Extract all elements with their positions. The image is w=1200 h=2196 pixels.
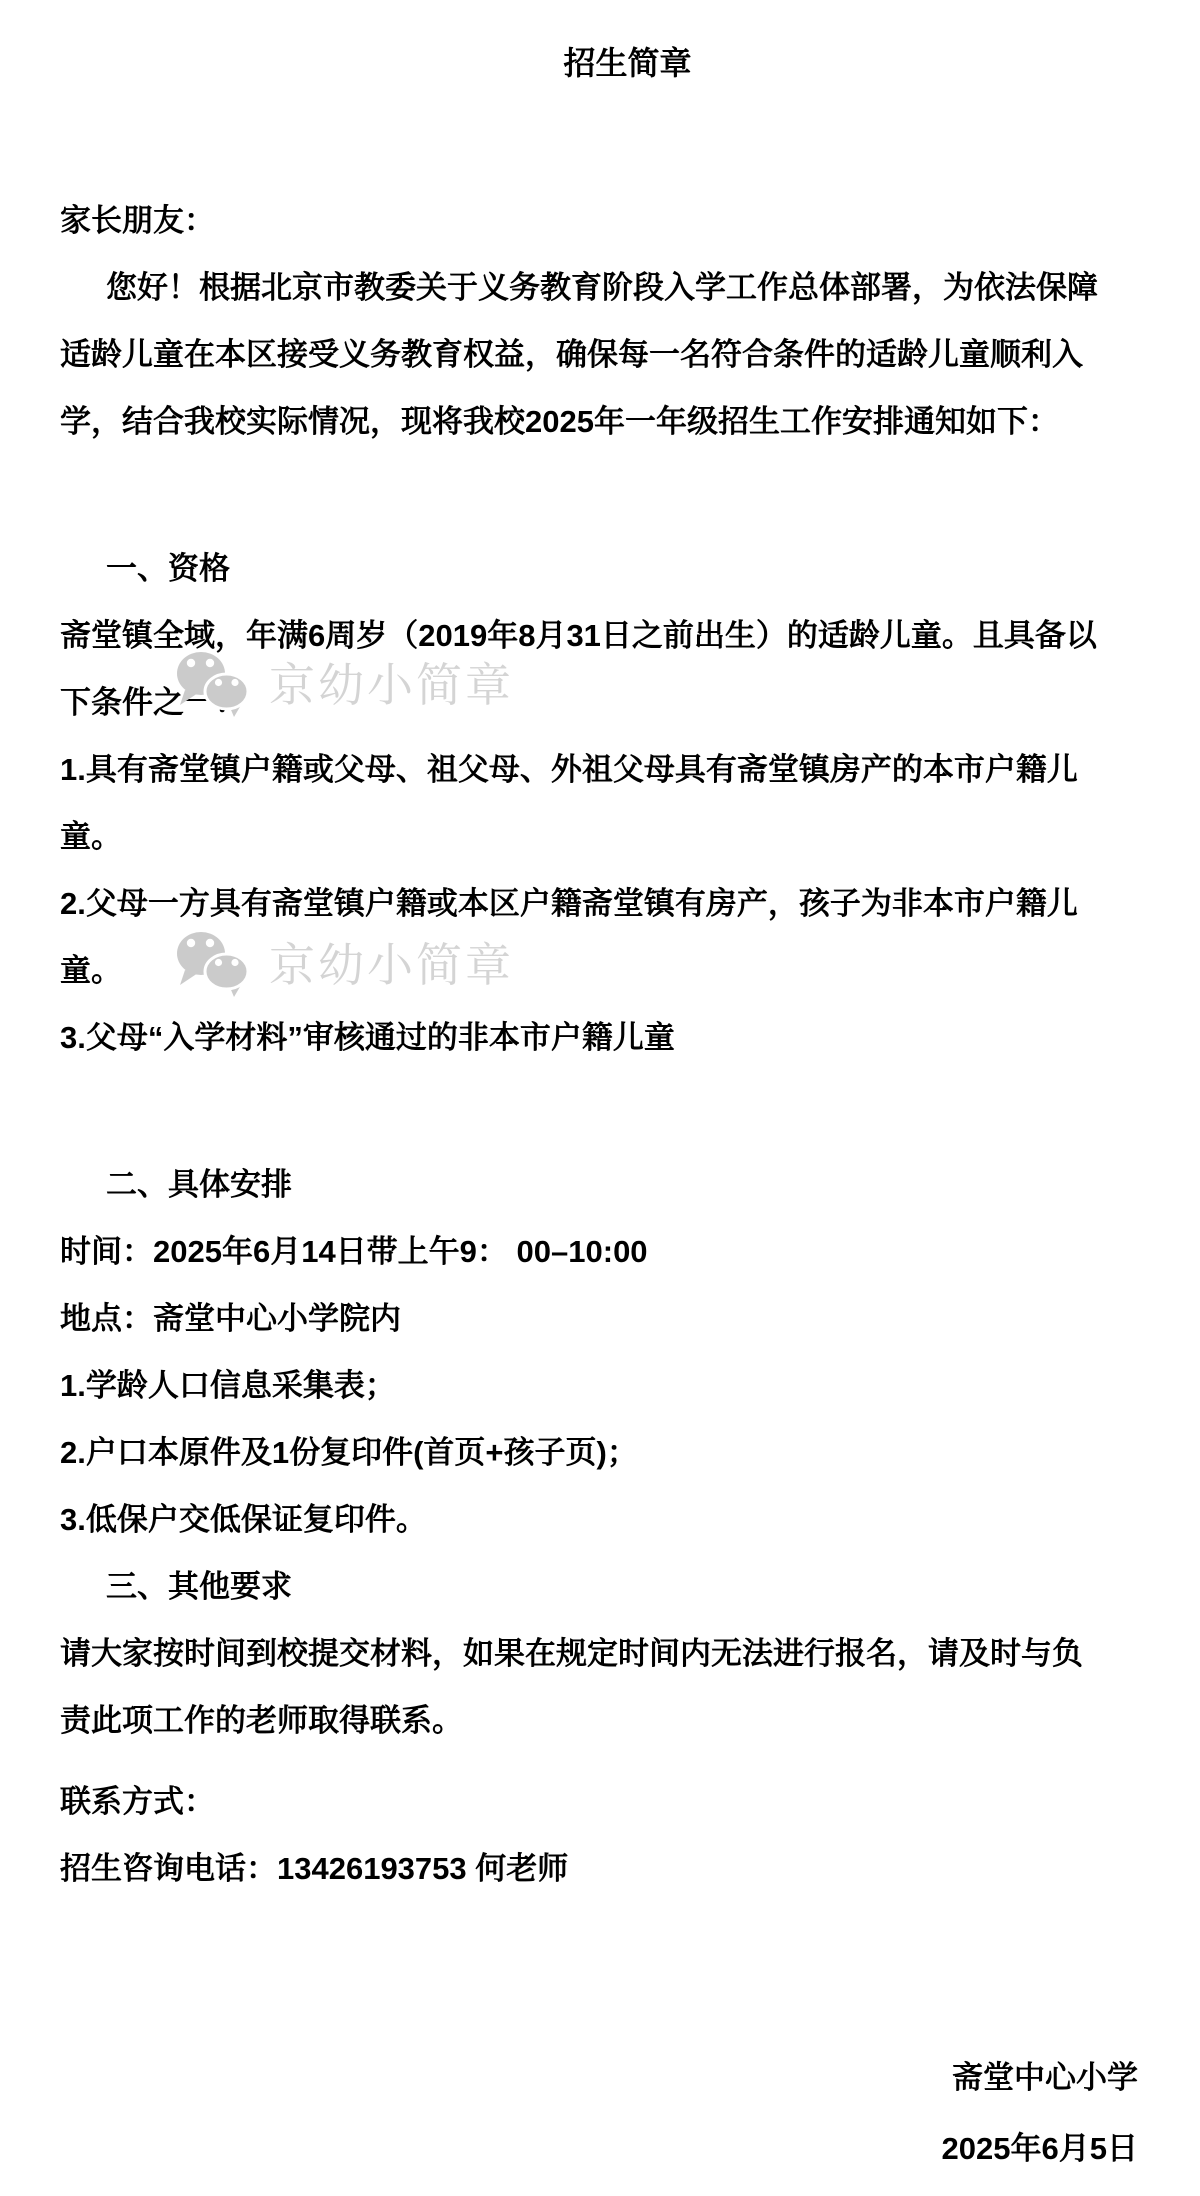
- body-line: 地点：斋堂中心小学院内: [0, 1285, 1200, 1352]
- page-title: 招生简章: [0, 30, 1200, 97]
- body-line: 1.学龄人口信息采集表；: [0, 1352, 1200, 1419]
- body-line: 3.低保户交低保证复印件。: [0, 1486, 1200, 1553]
- signature-date: 2025年6月5日: [0, 2115, 1200, 2182]
- signature-school: 斋堂中心小学: [0, 2044, 1200, 2111]
- body-line: 3.父母“入学材料”审核通过的非本市户籍儿童: [0, 1004, 1200, 1071]
- body-line: 2.户口本原件及1份复印件(首页+孩子页)；: [0, 1419, 1200, 1486]
- section-heading: 一、资格: [0, 535, 1200, 602]
- body-line: 1.具有斋堂镇户籍或父母、祖父母、外祖父母具有斋堂镇房产的本市户籍儿: [0, 736, 1200, 803]
- body-line: 斋堂镇全域，年满6周岁（2019年8月31日之前出生）的适龄儿童。且具备以: [0, 602, 1200, 669]
- body-line: 下条件之一：: [0, 669, 1200, 736]
- body-line: 家长朋友：: [0, 187, 1200, 254]
- paragraph-gap: [0, 455, 1200, 535]
- body-line: 招生咨询电话：13426193753 何老师: [0, 1835, 1200, 1902]
- body-line: 请大家按时间到校提交材料，如果在规定时间内无法进行报名，请及时与负: [0, 1620, 1200, 1687]
- document-page: 招生简章 家长朋友：您好！根据北京市教委关于义务教育阶段入学工作总体部署，为依法…: [0, 0, 1200, 2196]
- body-line: 时间：2025年6月14日带上午9： 00–10:00: [0, 1218, 1200, 1285]
- body-line: 童。: [0, 937, 1200, 1004]
- body-line: 联系方式：: [0, 1768, 1200, 1835]
- body-line: 学，结合我校实际情况，现将我校2025年一年级招生工作安排通知如下：: [0, 388, 1200, 455]
- section-heading: 三、其他要求: [0, 1553, 1200, 1620]
- signature-block: 斋堂中心小学 2025年6月5日: [0, 2044, 1200, 2182]
- body-line: 2.父母一方具有斋堂镇户籍或本区户籍斋堂镇有房产，孩子为非本市户籍儿: [0, 870, 1200, 937]
- body-line: 责此项工作的老师取得联系。: [0, 1687, 1200, 1754]
- body-line: 适龄儿童在本区接受义务教育权益，确保每一名符合条件的适龄儿童顺利入: [0, 321, 1200, 388]
- body-line: 您好！根据北京市教委关于义务教育阶段入学工作总体部署，为依法保障: [0, 254, 1200, 321]
- section-heading: 二、具体安排: [0, 1151, 1200, 1218]
- body-line: 童。: [0, 803, 1200, 870]
- document-body: 家长朋友：您好！根据北京市教委关于义务教育阶段入学工作总体部署，为依法保障适龄儿…: [0, 187, 1200, 1902]
- paragraph-gap: [0, 1754, 1200, 1768]
- paragraph-gap: [0, 1071, 1200, 1151]
